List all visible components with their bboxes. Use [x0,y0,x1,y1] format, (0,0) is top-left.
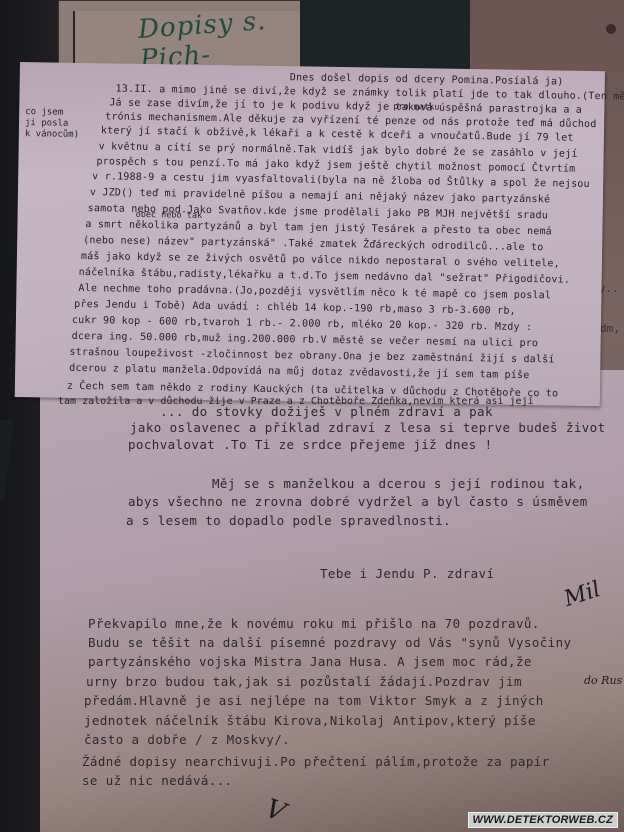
dark-background-wedge [300,0,490,70]
letter-line: Měj se s manželkou a dcerou s její rodin… [212,476,585,491]
letter-line: cukr 90 kop - 600 rb,tvaroh 1 rb.- 2.000… [72,315,532,333]
letter-line: dcerou z platu manžela.Odpovídá na můj d… [69,363,529,381]
letter-line: Žádné dopisy nearchivuji.Po přečtení pál… [82,754,550,769]
handwritten-initial: V [261,794,289,829]
letter-line: abys všechno ne zrovna dobré vydržel a b… [128,494,588,509]
letter-line: se už nic nedává... [82,773,233,788]
folder-card: Dopisy s. Pich- [58,0,310,72]
main-letter-page: ... do stovky dožiješ v plném zdraví a p… [40,370,624,832]
letter-line: předám.Hlavně je asi nejlépe na tom Vikt… [84,693,544,708]
letter-line: (nebo nese) název" partyzánská" .Také zm… [83,235,543,253]
letter-header-line: Dnes došel dopis od dcery Pomina.Posíalá… [290,72,564,87]
letter-line: Ale nechme toho pradávna.(Jo,později vys… [78,283,551,301]
handwritten-signature: Mil [561,577,604,612]
punch-hole [606,24,616,34]
letter-greeting: Tebe i Jendu P. zdraví [320,566,494,581]
letter-line: v r.1988-9 a cestu jim vyasfaltovali(byl… [92,171,590,190]
letter-line: často a dobře / z Moskvy/. [84,732,290,747]
letter-line: Překvapilo mne,že k novému roku mi přišl… [88,616,540,631]
letter-line: náčelníka štábu,radisty,lékařku a t.d.To… [79,267,571,286]
letter-line: urny brzo budou tak,jak si pozůstalí žád… [86,674,522,689]
letter-line: a s lesem to dopadlo podle spravedlnosti… [126,513,451,528]
letter-line: jednotek náčelník štábu Kirova,Nikolaj A… [84,713,536,728]
letter-line: přes Jendu i Tobě) Ada uvádí : chléb 14 … [74,299,516,317]
letter-line: pochvalovat .To Ti ze srdce přejeme již … [128,437,493,452]
letter-line: a smrt několika partyzánů a byl tam jen … [85,219,552,237]
letter-line: dcera ing. 50.000 rb,muž ing.200.000 rb.… [72,331,539,349]
letter-line: máš jako když se ze živých osvětů po vál… [81,251,560,270]
letter-line: tam založila a v důchodu žije v Praze a … [58,396,534,407]
letter-line: Budu se těšit na další písemné pozdravy … [88,635,571,650]
letter-line: jako oslavenec a příklad zdraví z lesa s… [130,420,606,435]
margin-note: co jsem ji posla k vánocům) [25,107,80,141]
back-sheet-fragment: dm, [600,322,620,335]
handwritten-margin-note: do Rus [584,674,622,687]
watermark: WWW.DETEKTORWEB.CZ [468,812,618,828]
letter-line: strašnou loupeživost -zločinnost bez obr… [69,347,554,366]
letter-line: partyzánského vojska Mistra Jana Husa. A… [88,654,532,669]
letter-line: v JZD() teď mi pravidelně píšou a nemají… [90,187,550,205]
top-letter-page: co jsem ji posla k vánocům) Dnes došel d… [15,62,605,406]
